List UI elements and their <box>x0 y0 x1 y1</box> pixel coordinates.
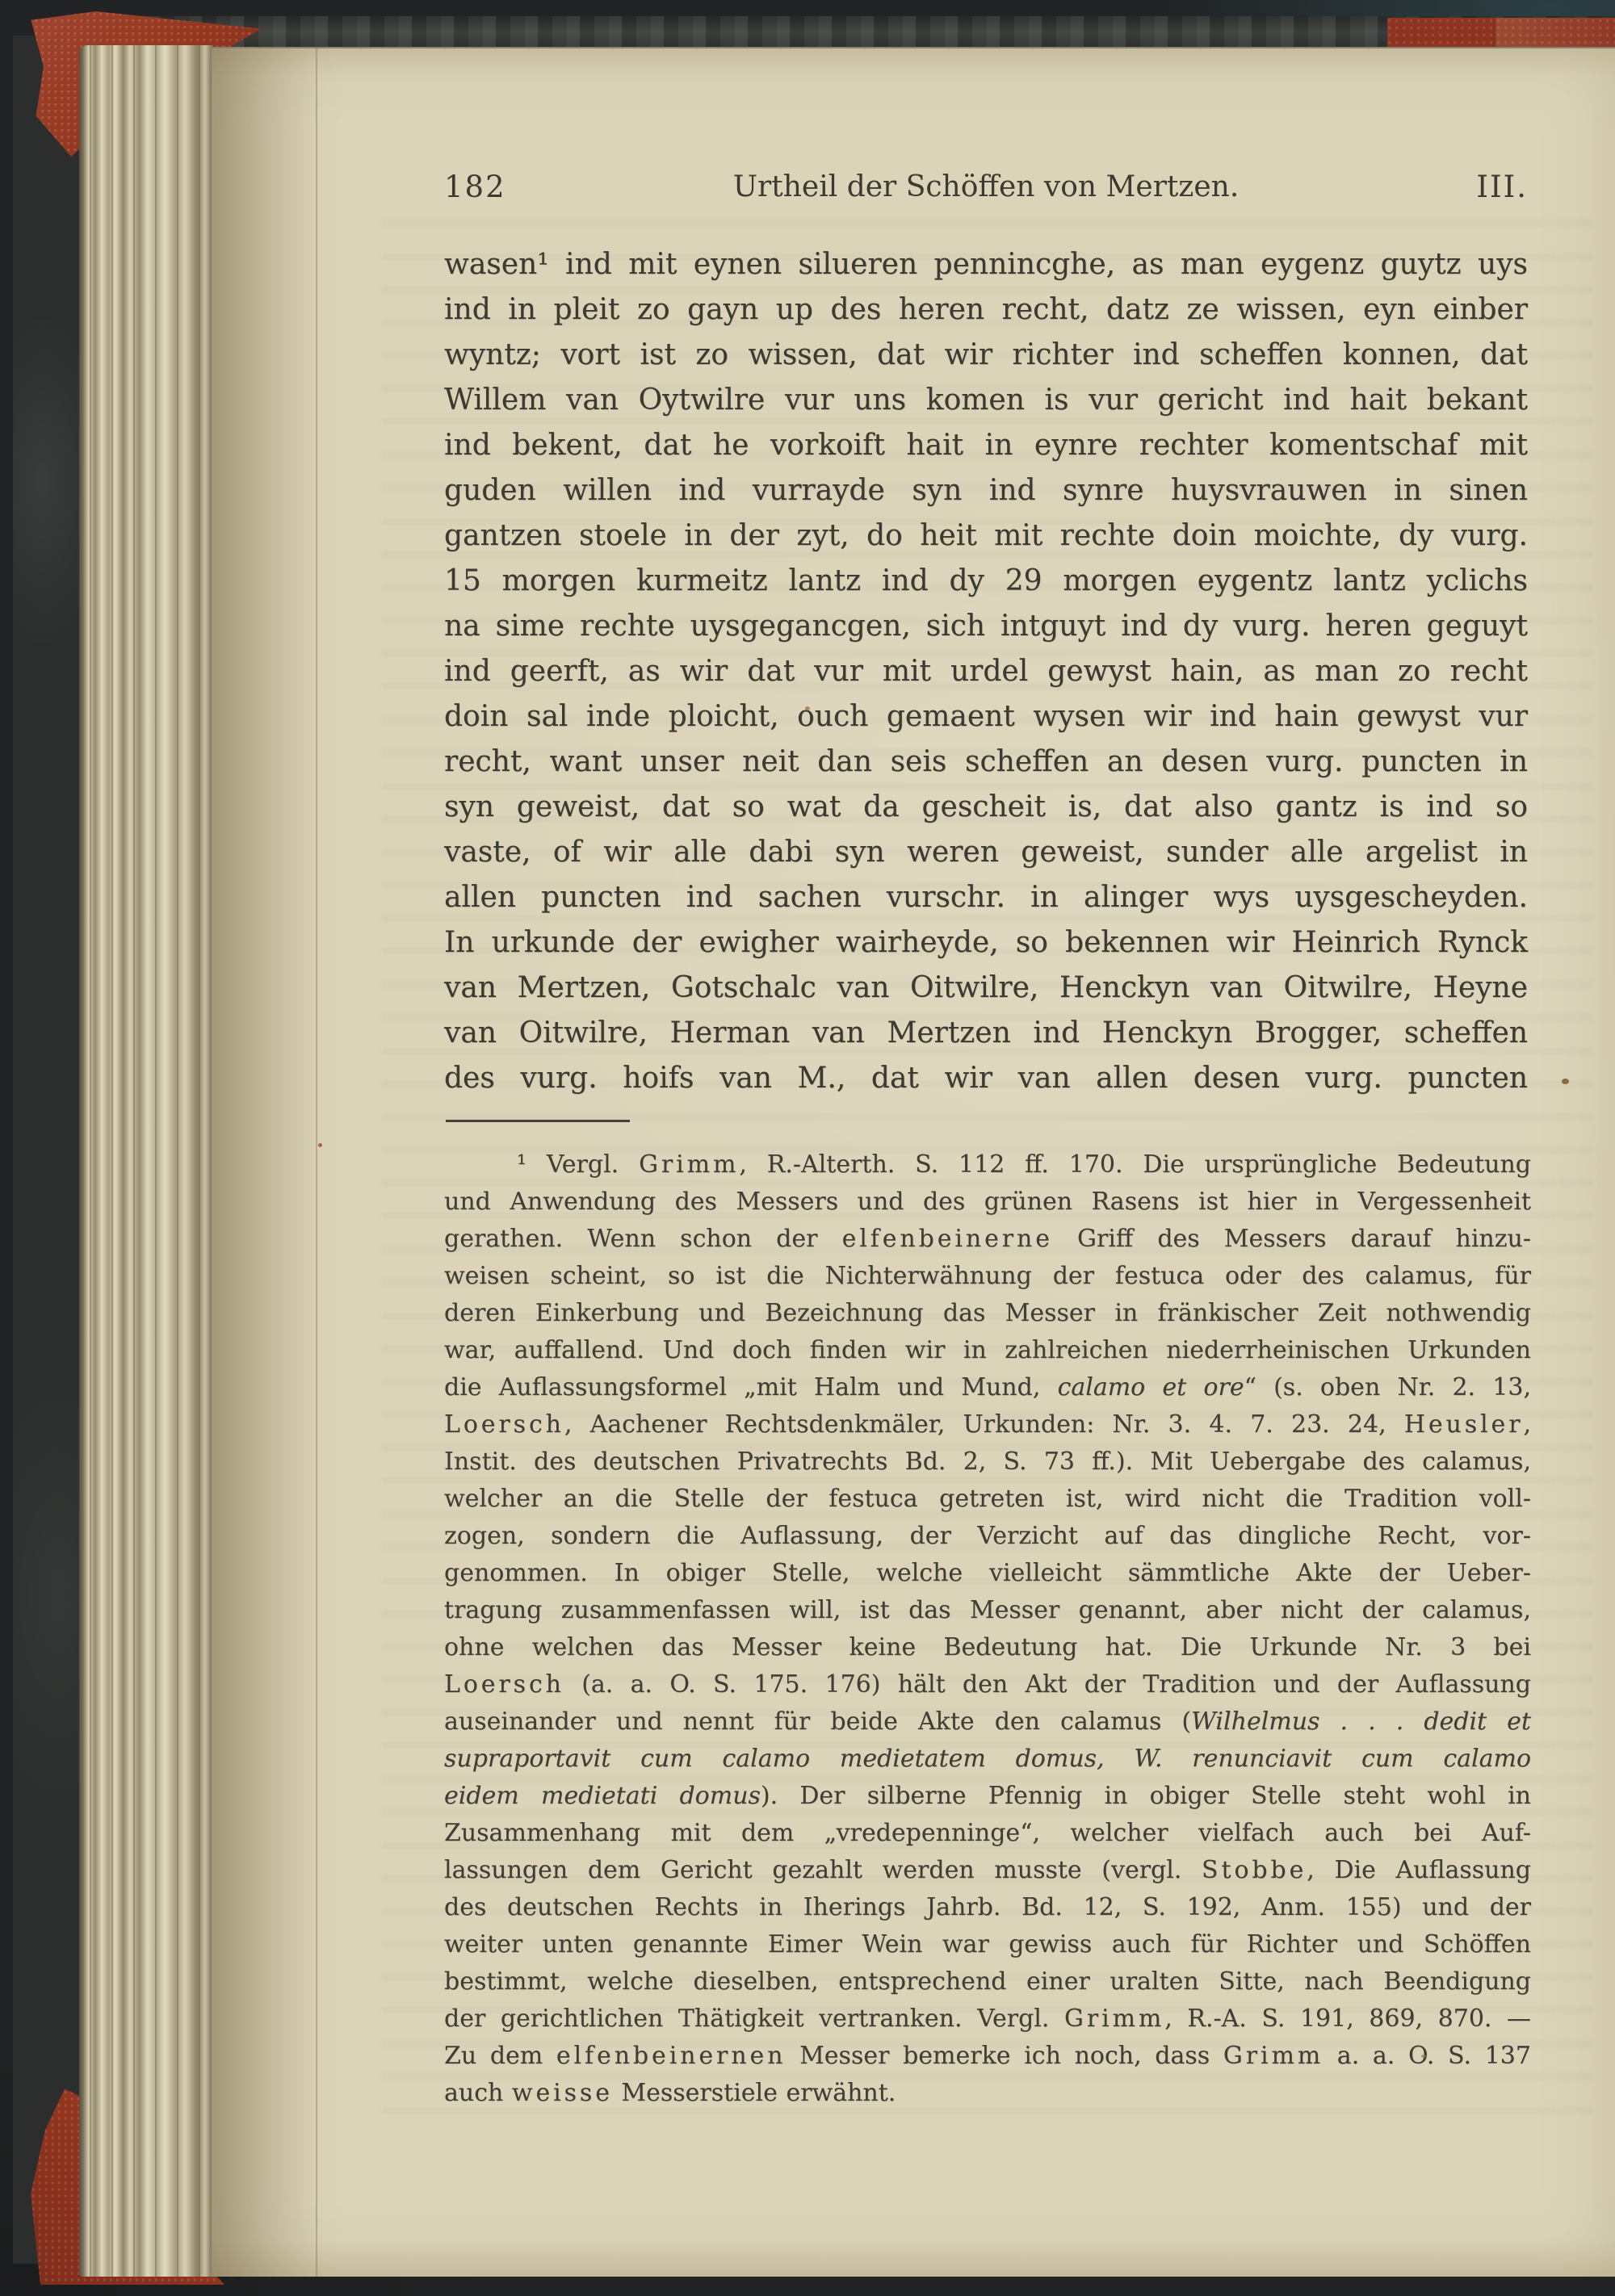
footnote-line: auseinander und nennt für beide Akte den… <box>444 1703 1531 1741</box>
footnote-line: Instit. des deutschen Privatrechts Bd. 2… <box>444 1443 1531 1481</box>
footnote-line: Loersch (a. a. O. S. 175. 176) hält den … <box>444 1666 1531 1703</box>
page-crease-line <box>316 48 317 2277</box>
footnote-line: bestimmt, welche dieselben, entsprechend… <box>444 1963 1531 2001</box>
text-line: na sime rechte uysgegancgen, sich intguy… <box>444 604 1528 649</box>
footnote-line: supraportavit cum calamo medietatem domu… <box>444 1741 1531 1778</box>
text-line: van Mertzen, Gotschalc van Oitwilre, Hen… <box>444 966 1528 1011</box>
book-cover-left-edge <box>13 36 87 2264</box>
footnote-line: Zu dem elfenbeinernen Messer bemerke ich… <box>444 2038 1531 2075</box>
text-line: ind in pleit zo gayn up des heren recht,… <box>444 287 1528 333</box>
paper-speck <box>1562 1079 1569 1084</box>
text-line: wyntz; vort ist zo wissen, dat wir richt… <box>444 333 1528 378</box>
text-line: Willem van Oytwilre vur uns komen is vur… <box>444 378 1528 423</box>
text-line: vaste, of wir alle dabi syn weren geweis… <box>444 830 1528 875</box>
paper-speck <box>318 1143 322 1147</box>
page-header: 182 Urtheil der Schöffen von Mertzen. II… <box>444 170 1528 210</box>
footnote-line: des deutschen Rechts in Iherings Jahrb. … <box>444 1889 1531 1926</box>
chapter-numeral: III. <box>1476 170 1528 204</box>
text-line: gantzen stoele in der zyt, do heit mit r… <box>444 513 1528 559</box>
footnote-line: auch weisse Messerstiele erwähnt. <box>444 2075 1531 2112</box>
footnote-line: und Anwendung des Messers und des grünen… <box>444 1184 1531 1221</box>
footnote-line: deren Einkerbung und Bezeichnung das Mes… <box>444 1295 1531 1332</box>
footnote-line: lassungen dem Gericht gezahlt werden mus… <box>444 1852 1531 1889</box>
footnote-separator-rule <box>446 1120 630 1122</box>
footnote-line: zogen, sondern die Auflassung, der Verzi… <box>444 1518 1531 1555</box>
text-line: 15 morgen kurmeitz lantz ind dy 29 morge… <box>444 559 1528 604</box>
footnote-line: weisen scheint, so ist die Nichterwähnun… <box>444 1258 1531 1295</box>
footnote-line: ¹ Vergl. Grimm, R.-Alterth. S. 112 ff. 1… <box>444 1146 1531 1184</box>
footnote-line: welcher an die Stelle der festuca getret… <box>444 1481 1531 1518</box>
footnote-line: die Auflassungsformel „mit Halm und Mund… <box>444 1369 1531 1406</box>
running-title: Urtheil der Schöffen von Mertzen. <box>444 170 1528 203</box>
text-line: wasen¹ ind mit eynen silueren pennincghe… <box>444 242 1528 287</box>
text-line: syn geweist, dat so wat da gescheit is, … <box>444 785 1528 830</box>
text-line: ind bekent, dat he vorkoift hait in eynr… <box>444 423 1528 468</box>
footnote-line: der gerichtlichen Thätigkeit vertranken.… <box>444 2001 1531 2038</box>
text-line: van Oitwilre, Herman van Mertzen ind Hen… <box>444 1011 1528 1056</box>
footnote-line: genommen. In obiger Stelle, welche viell… <box>444 1555 1531 1592</box>
paper-speck <box>805 706 810 710</box>
footnote-line: Zusammenhang mit dem „vredepenninge“, we… <box>444 1815 1531 1852</box>
gutter-shadow <box>212 48 318 2277</box>
scanned-page-photo: 182 Urtheil der Schöffen von Mertzen. II… <box>0 0 1615 2296</box>
footnote-line: weiter unten genannte Eimer Wein war gew… <box>444 1926 1531 1963</box>
footnote-line: Loersch, Aachener Rechtsdenkmäler, Urkun… <box>444 1406 1531 1443</box>
footnote-text: ¹ Vergl. Grimm, R.-Alterth. S. 112 ff. 1… <box>444 1146 1531 2112</box>
footnote-line: war, auffallend. Und doch finden wir in … <box>444 1332 1531 1369</box>
text-line: In urkunde der ewigher wairheyde, so bek… <box>444 920 1528 966</box>
page-edges-stack <box>79 45 213 2277</box>
text-line: allen puncten ind sachen vurschr. in ali… <box>444 875 1528 920</box>
footnote-line: gerathen. Wenn schon der elfenbeinerne G… <box>444 1221 1531 1258</box>
footnote-line: eidem medietati domus). Der silberne Pfe… <box>444 1778 1531 1815</box>
paper-speck <box>1421 2055 1426 2058</box>
book-page: 182 Urtheil der Schöffen von Mertzen. II… <box>212 47 1615 2277</box>
text-line: ind geerft, as wir dat vur mit urdel gew… <box>444 649 1528 694</box>
footnote-line: ohne welchen das Messer keine Bedeutung … <box>444 1629 1531 1666</box>
text-line: guden willen ind vurrayde syn ind synre … <box>444 468 1528 513</box>
body-text: wasen¹ ind mit eynen silueren pennincghe… <box>444 242 1528 1101</box>
text-line: recht, want unser neit dan seis scheffen… <box>444 739 1528 785</box>
footnote-line: tragung zusammenfassen will, ist das Mes… <box>444 1592 1531 1629</box>
text-line: des vurg. hoifs van M., dat wir van alle… <box>444 1056 1528 1101</box>
text-line: doin sal inde ploicht, ouch gemaent wyse… <box>444 694 1528 739</box>
